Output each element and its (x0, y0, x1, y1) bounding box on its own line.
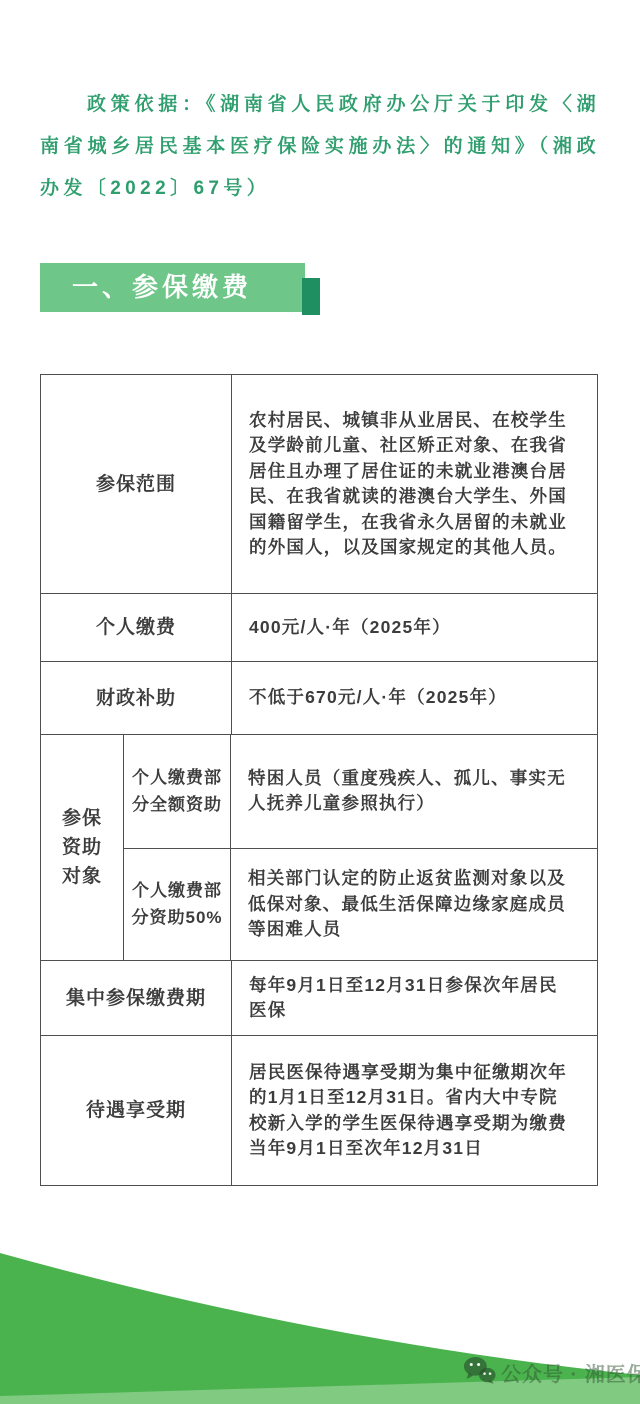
row-content: 不低于670元/人·年（2025年） (232, 662, 597, 734)
row-label: 财政补助 (41, 662, 232, 734)
enrollment-table: 参保范围 农村居民、城镇非从业居民、在校学生及学龄前儿童、社区矫正对象、在我省居… (40, 374, 598, 1186)
table-row-fiscal-subsidy: 财政补助 不低于670元/人·年（2025年） (41, 661, 597, 734)
banner-accent-square (302, 278, 320, 315)
row-label: 参保范围 (41, 375, 232, 593)
subsidy-subrows: 个人缴费部分全额资助 特困人员（重度残疾人、孤儿、事实无人抚养儿童参照执行） 个… (124, 735, 597, 960)
table-row-coverage: 参保范围 农村居民、城镇非从业居民、在校学生及学龄前儿童、社区矫正对象、在我省居… (41, 375, 597, 593)
row-content: 居民医保待遇享受期为集中征缴期次年的1月1日至12月31日。省内大中专院校新入学… (232, 1036, 597, 1185)
table-row-benefit-period: 待遇享受期 居民医保待遇享受期为集中征缴期次年的1月1日至12月31日。省内大中… (41, 1035, 597, 1185)
sub-row-label: 个人缴费部分资助50% (124, 849, 231, 961)
watermark: 公众号 · 湘医保 (463, 1356, 640, 1389)
table-row-enrollment-period: 集中参保缴费期 每年9月1日至12月31日参保次年居民医保 (41, 960, 597, 1035)
sub-row-full-subsidy: 个人缴费部分全额资助 特困人员（重度残疾人、孤儿、事实无人抚养儿童参照执行） (124, 735, 597, 848)
table-row-individual-payment: 个人缴费 400元/人·年（2025年） (41, 593, 597, 661)
table-row-subsidized-targets: 参保资助对象 个人缴费部分全额资助 特困人员（重度残疾人、孤儿、事实无人抚养儿童… (41, 734, 597, 960)
row-content: 每年9月1日至12月31日参保次年居民医保 (232, 961, 597, 1035)
section-title: 一、参保缴费 (72, 272, 252, 302)
row-label: 个人缴费 (41, 594, 232, 661)
wechat-icon (463, 1356, 496, 1389)
sub-row-label: 个人缴费部分全额资助 (124, 735, 231, 848)
row-content: 农村居民、城镇非从业居民、在校学生及学龄前儿童、社区矫正对象、在我省居住且办理了… (232, 375, 597, 593)
sub-row-content: 特困人员（重度残疾人、孤儿、事实无人抚养儿童参照执行） (231, 735, 597, 848)
section-banner: 一、参保缴费 (40, 263, 305, 312)
sub-row-content: 相关部门认定的防止返贫监测对象以及低保对象、最低生活保障边缘家庭成员等困难人员 (231, 849, 597, 961)
sub-row-half-subsidy: 个人缴费部分资助50% 相关部门认定的防止返贫监测对象以及低保对象、最低生活保障… (124, 848, 597, 961)
watermark-text: 公众号 · 湘医保 (501, 1358, 640, 1387)
row-label: 待遇享受期 (41, 1036, 232, 1185)
row-content: 400元/人·年（2025年） (232, 594, 597, 661)
row-label: 集中参保缴费期 (41, 961, 232, 1035)
row-label: 参保资助对象 (41, 735, 124, 960)
policy-basis-text: 政策依据：《湖南省人民政府办公厅关于印发〈湖南省城乡居民基本医疗保险实施办法〉的… (40, 84, 600, 210)
